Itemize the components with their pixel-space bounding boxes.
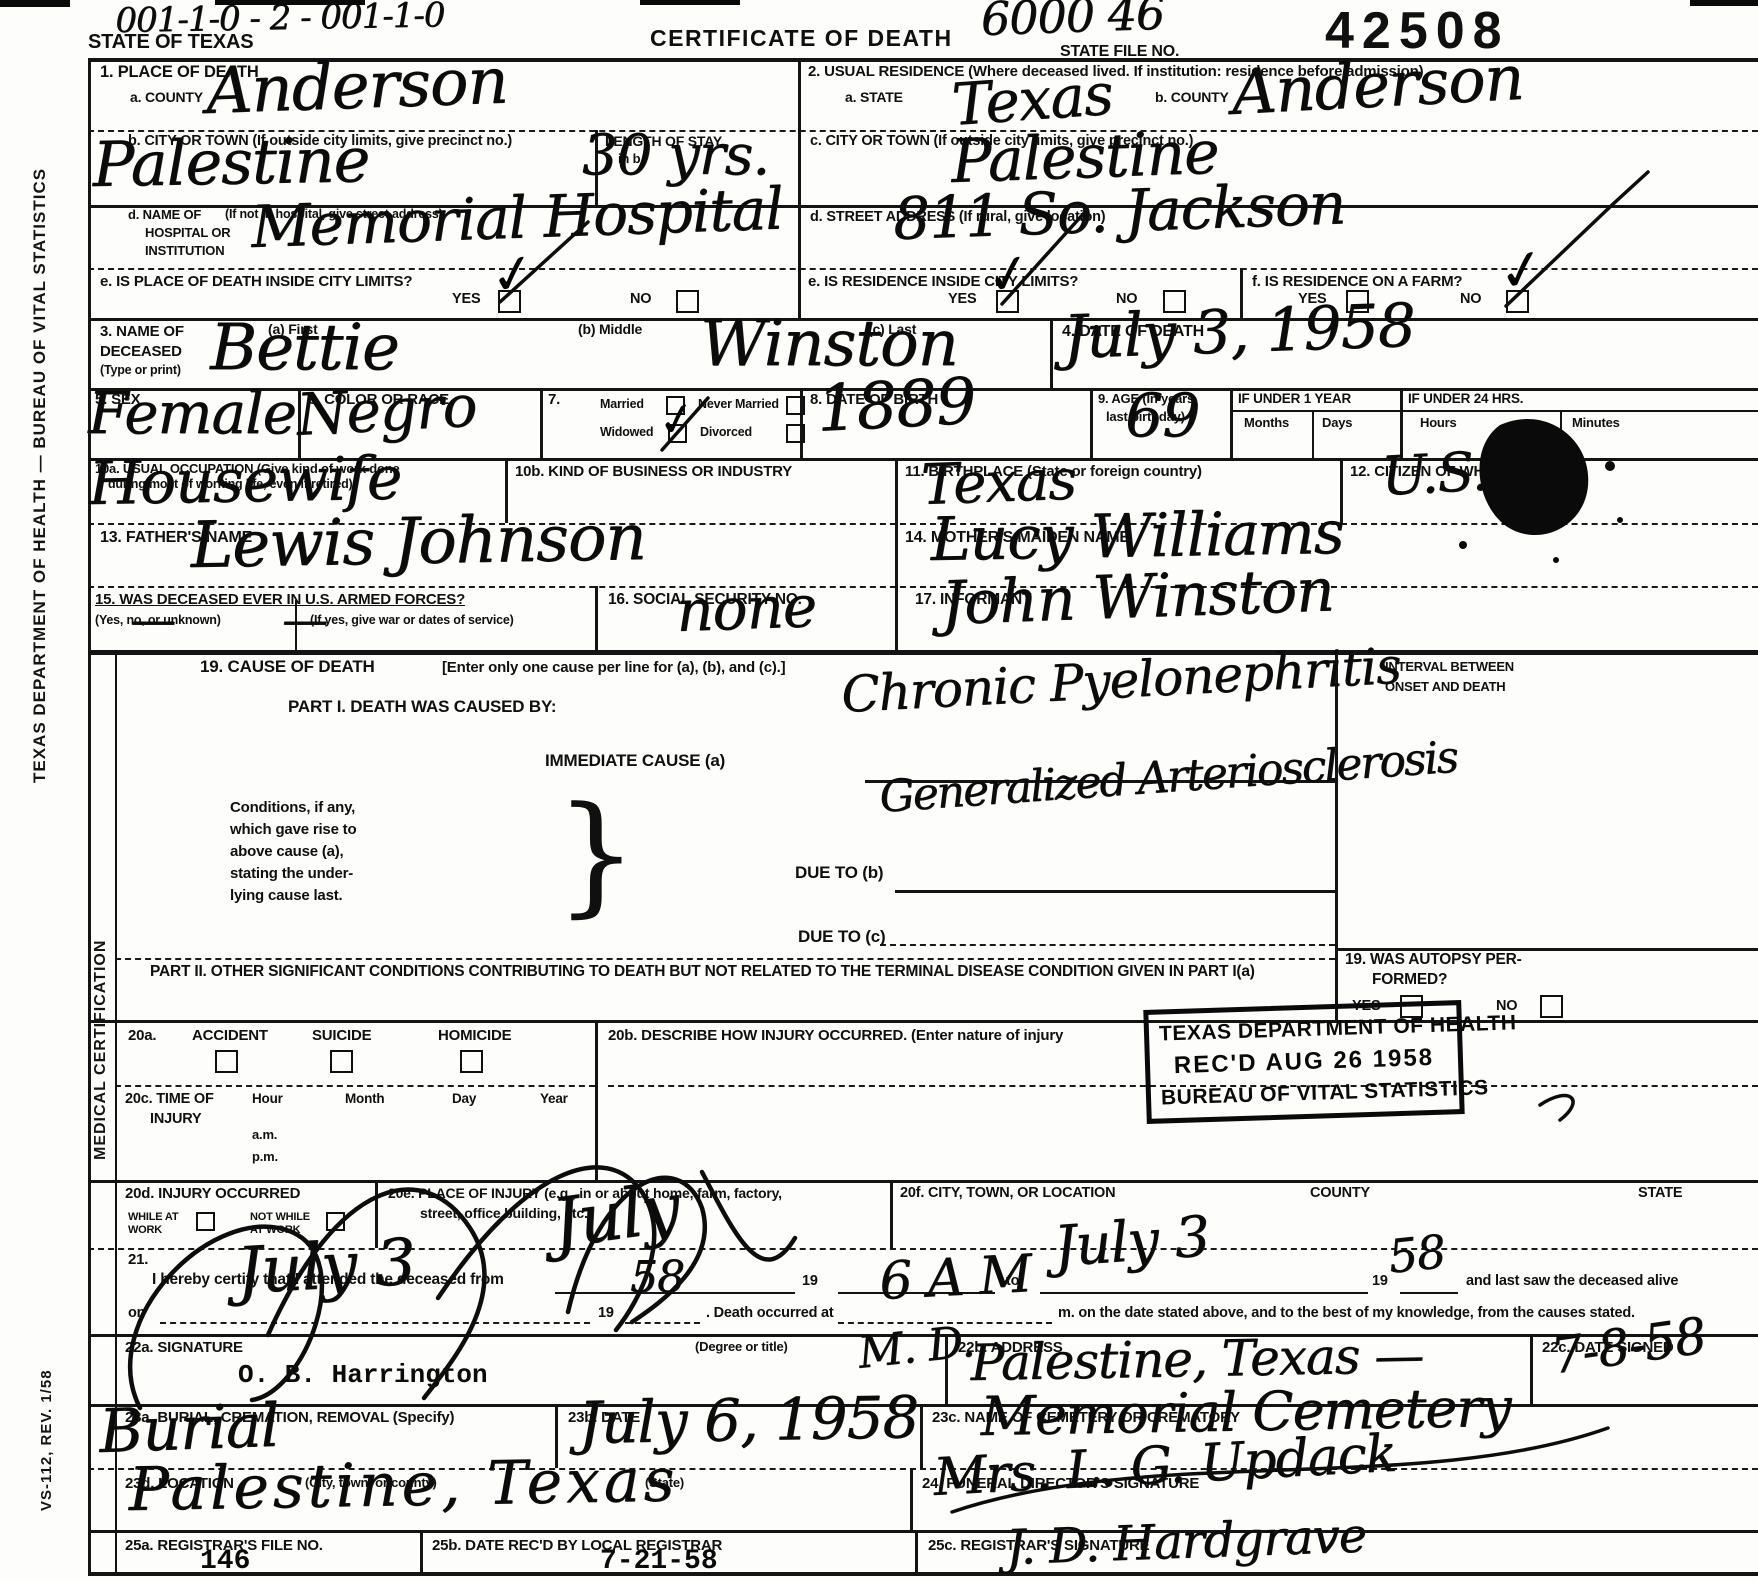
margin-form-number: VS-112, REV. 1/58: [38, 1320, 55, 1560]
received-stamp: TEXAS DEPARTMENT OF HEALTH REC'D AUG 26 …: [1143, 1000, 1464, 1124]
margin-medical-certification-text: MEDICAL CERTIFICATION: [92, 855, 110, 1245]
res-state-label: a. STATE: [845, 90, 903, 105]
pod-hospital-label-2: HOSPITAL OR: [145, 226, 230, 240]
due-to-c-label: DUE TO (c): [798, 928, 885, 946]
sex-value: Female: [88, 384, 296, 442]
cause-c-underline: [880, 944, 1335, 946]
pod-county-label: a. COUNTY: [130, 90, 203, 105]
pod-yes-checkmark: ✓: [486, 244, 540, 305]
scan-edge-mark: [1690, 0, 1758, 6]
accident-label: ACCIDENT: [192, 1028, 268, 1044]
not-while-at-work-label-1: NOT WHILE: [250, 1212, 310, 1224]
name-section-label-2: DECEASED: [100, 344, 182, 360]
certify-from-handwriting: July: [548, 1174, 683, 1259]
res-city-limits-label: e. IS RESIDENCE INSIDE CITY LIMITS?: [808, 274, 1078, 290]
form-bottom-border: [88, 1572, 1758, 1576]
grid-line: [1230, 410, 1758, 412]
grid-line: [1050, 318, 1053, 388]
farm-no-checkmark: ✓: [1494, 240, 1550, 303]
armed-forces-paren-2: (If yes, give war or dates of service): [310, 614, 514, 627]
certify-to-handwriting: July 3: [1052, 1209, 1211, 1276]
industry-label: 10b. KIND OF BUSINESS OR INDUSTRY: [515, 464, 792, 480]
part2-label: PART II. OTHER SIGNIFICANT CONDITIONS CO…: [150, 964, 1255, 980]
cause-b-underline: [895, 890, 1335, 893]
citizen-value: U.S.A.: [1380, 442, 1543, 504]
certify-text-4: m. on the date stated above, and to the …: [1058, 1306, 1635, 1321]
grid-line: [88, 1530, 1758, 1533]
grid-line: [1090, 388, 1093, 458]
cert-blank-line: [1040, 1292, 1368, 1294]
due-to-b-label: DUE TO (b): [795, 864, 883, 882]
conditions-note-1: Conditions, if any,: [230, 800, 355, 816]
cause-section-label: 19. CAUSE OF DEATH: [200, 658, 375, 676]
grid-line: [920, 1404, 923, 1468]
if-under-24-hrs-label: IF UNDER 24 HRS.: [1408, 392, 1523, 406]
pod-no-label: NO: [630, 292, 651, 307]
homicide-checkbox: [460, 1050, 483, 1073]
month-label: Month: [345, 1092, 384, 1106]
conditions-note-5: lying cause last.: [230, 888, 342, 904]
time-of-injury-label-2: INJURY: [150, 1112, 201, 1127]
grid-line: [88, 586, 1758, 588]
pod-no-checkbox: [676, 290, 699, 313]
grid-line: [595, 586, 598, 650]
dob-value: 1889: [815, 370, 977, 442]
degree-handwriting: M. D.: [856, 1320, 976, 1376]
am-label: a.m.: [252, 1128, 277, 1142]
grid-line: [1560, 410, 1562, 458]
date-of-death-value: July 3, 1958: [1062, 296, 1416, 368]
year-label: Year: [540, 1092, 568, 1106]
describe-injury-label: 20b. DESCRIBE HOW INJURY OCCURRED. (Ente…: [608, 1028, 1063, 1044]
stamp-line-1: TEXAS DEPARTMENT OF HEALTH: [1159, 1013, 1448, 1046]
middle-name-label: (b) Middle: [578, 322, 642, 337]
conditions-note-2: which gave rise to: [230, 822, 356, 838]
injury-state-label: STATE: [1638, 1186, 1682, 1201]
due-to-b-value: Generalized Arteriosclerosis: [878, 736, 1458, 820]
part1-label: PART I. DEATH WAS CAUSED BY:: [288, 698, 556, 716]
pod-city-limits-label: e. IS PLACE OF DEATH INSIDE CITY LIMITS?: [100, 274, 412, 290]
grid-line: [115, 1085, 595, 1087]
widowed-label: Widowed: [600, 426, 653, 439]
pm-label: p.m.: [252, 1150, 278, 1164]
certify-19-c: 19: [598, 1306, 614, 1321]
state-file-no-value: 6000 46: [980, 0, 1165, 42]
burial-date-value: July 6, 1958: [578, 1388, 919, 1452]
stamp-line-2: REC'D AUG 26 1958: [1160, 1043, 1449, 1080]
pod-hospital-label-1: d. NAME OF: [128, 208, 201, 222]
certify-year-handwriting: 58: [1386, 1228, 1447, 1280]
armed-forces-answer-dash: —: [130, 596, 175, 642]
grid-line: [1530, 1334, 1533, 1404]
res-county-label: b. COUNTY: [1155, 90, 1229, 105]
farm-no-label: NO: [1460, 292, 1481, 307]
married-label: Married: [600, 398, 644, 411]
autopsy-no-checkbox: [1540, 995, 1563, 1018]
name-section-label-3: (Type or print): [100, 364, 181, 377]
grid-line: [910, 1468, 913, 1530]
grid-line: [88, 1180, 1758, 1183]
res-yes-checkmark: ✓: [982, 244, 1036, 305]
scan-edge-mark: [0, 0, 70, 7]
certify-on-handwriting: July 3: [235, 1231, 417, 1304]
grid-line: [540, 388, 543, 458]
autopsy-label-2: FORMED?: [1372, 972, 1447, 988]
certify-on-label: on: [128, 1306, 145, 1321]
suicide-checkbox: [330, 1050, 353, 1073]
grid-line: [890, 1180, 893, 1248]
state-file-no-label: STATE FILE NO.: [1060, 44, 1179, 61]
grid-line: [1335, 650, 1338, 1020]
conditions-note-4: stating the under-: [230, 866, 353, 882]
margin-department-text: TEXAS DEPARTMENT OF HEALTH — BUREAU OF V…: [30, 115, 50, 835]
res-county-value: Anderson: [1230, 47, 1525, 124]
pod-yes-label: YES: [452, 292, 480, 307]
signature-typed-name: O. B. Harrington: [238, 1360, 488, 1390]
form-left-border: [88, 58, 91, 1576]
immediate-cause-label: IMMEDIATE CAUSE (a): [545, 752, 725, 770]
farm-label: f. IS RESIDENCE ON A FARM?: [1252, 274, 1462, 290]
certify-text-3: . Death occurred at: [706, 1306, 834, 1321]
registrar-file-value: 146: [200, 1546, 250, 1577]
divorced-label: Divorced: [700, 426, 752, 439]
injury-county-label: COUNTY: [1310, 1186, 1370, 1201]
while-at-work-checkbox: [196, 1212, 215, 1231]
conditions-brace: }: [555, 778, 638, 930]
while-at-work-label-2: WORK: [128, 1225, 162, 1237]
grid-line: [895, 458, 898, 650]
death-time-handwriting: 6 A M: [878, 1248, 1032, 1308]
pod-city-value: Palestine: [92, 129, 370, 196]
stamp-line-3: BUREAU OF VITAL STATISTICS: [1161, 1077, 1450, 1110]
res-yes-label: YES: [948, 292, 976, 307]
age-value: 69: [1125, 386, 1199, 446]
grid-line: [1230, 388, 1233, 458]
ink-speck: [1605, 461, 1615, 471]
injury-city-label: 20f. CITY, TOWN, OR LOCATION: [900, 1186, 1115, 1201]
handwritten-serial: 001-1-0 - 2 - 001-1-0: [115, 0, 445, 38]
cert-blank-line: [160, 1322, 590, 1324]
cause-section-bracket: [Enter only one cause per line for (a), …: [442, 660, 785, 676]
if-under-1-year-label: IF UNDER 1 YEAR: [1238, 392, 1351, 406]
while-at-work-label-1: WHILE AT: [128, 1212, 178, 1224]
race-value: Negro: [295, 377, 478, 444]
scan-edge-mark: [640, 0, 740, 5]
occupation-value: Housewife: [88, 449, 402, 514]
divorced-checkbox: [786, 424, 805, 443]
degree-label: (Degree or title): [695, 1340, 788, 1354]
injury-occurred-label: 20d. INJURY OCCURRED: [125, 1186, 300, 1202]
pod-hospital-label-3: INSTITUTION: [145, 244, 224, 258]
grid-line: [420, 1530, 423, 1574]
pen-stroke: [1540, 1096, 1573, 1120]
time-of-injury-label-1: 20c. TIME OF: [125, 1092, 214, 1107]
father-value: Lewis Johnson: [190, 506, 646, 578]
hours-label: Hours: [1420, 416, 1457, 430]
certify-19-a: 19: [802, 1274, 818, 1289]
certify-19-b: 19: [1372, 1274, 1388, 1289]
never-married-checkbox: [786, 396, 805, 415]
res-street-value: 811 So. Jackson: [892, 174, 1346, 248]
informant-value: John Winston: [940, 560, 1335, 634]
certify-on-year-handwriting: 58: [630, 1256, 684, 1300]
grid-line: [915, 1530, 918, 1574]
accident-checkbox: [215, 1050, 238, 1073]
certify-number-label: 21.: [128, 1252, 148, 1268]
ssn-value: none: [675, 577, 817, 640]
not-while-at-work-checkbox: [326, 1212, 345, 1231]
cert-blank-line: [625, 1322, 700, 1324]
ink-speck: [1459, 541, 1467, 549]
death-certificate-scan: 001-1-0 - 2 - 001-1-0 STATE OF TEXAS CER…: [0, 0, 1758, 1580]
name-section-label-1: 3. NAME OF: [100, 324, 184, 340]
widowed-checkmark: ✓: [654, 393, 700, 445]
marital-section-label: 7.: [548, 392, 560, 408]
certificate-title: CERTIFICATE OF DEATH: [650, 26, 953, 50]
certify-text-2: and last saw the deceased alive: [1466, 1274, 1678, 1289]
registrar-signature-value: J. D. Hardgrave: [1005, 1511, 1367, 1572]
conditions-note-3: above cause (a),: [230, 844, 344, 860]
day-label: Day: [452, 1092, 476, 1106]
interval-label-2: ONSET AND DEATH: [1385, 680, 1506, 694]
grid-line: [115, 958, 1335, 960]
grid-line: [798, 58, 801, 318]
minutes-label: Minutes: [1572, 416, 1620, 430]
homicide-label: HOMICIDE: [438, 1028, 511, 1044]
pod-county-value: Anderson: [205, 49, 509, 123]
days-label: Days: [1322, 416, 1352, 430]
interval-label-1: INTERVAL BETWEEN: [1385, 660, 1514, 674]
first-name-value: Bettie: [210, 316, 399, 380]
cert-blank-line: [1400, 1292, 1458, 1294]
autopsy-label-1: 19. WAS AUTOPSY PER-: [1345, 952, 1522, 968]
suicide-label: SUICIDE: [312, 1028, 371, 1044]
armed-forces-war-dash: —: [282, 596, 327, 642]
location-value: Palestine, Texas: [128, 1450, 679, 1520]
medical-section-border: [88, 650, 1758, 655]
months-label: Months: [1244, 416, 1289, 430]
signature-label: 22a. SIGNATURE: [125, 1340, 243, 1356]
hour-label: Hour: [252, 1092, 283, 1106]
grid-line: [1312, 410, 1314, 458]
ink-speck: [1553, 557, 1559, 563]
grid-line: [595, 1020, 598, 1180]
accident-section-label: 20a.: [128, 1028, 156, 1044]
registrar-date-value: 7-21-58: [600, 1546, 718, 1577]
last-name-value: Winston: [700, 312, 958, 376]
never-married-label: Never Married: [698, 398, 779, 411]
